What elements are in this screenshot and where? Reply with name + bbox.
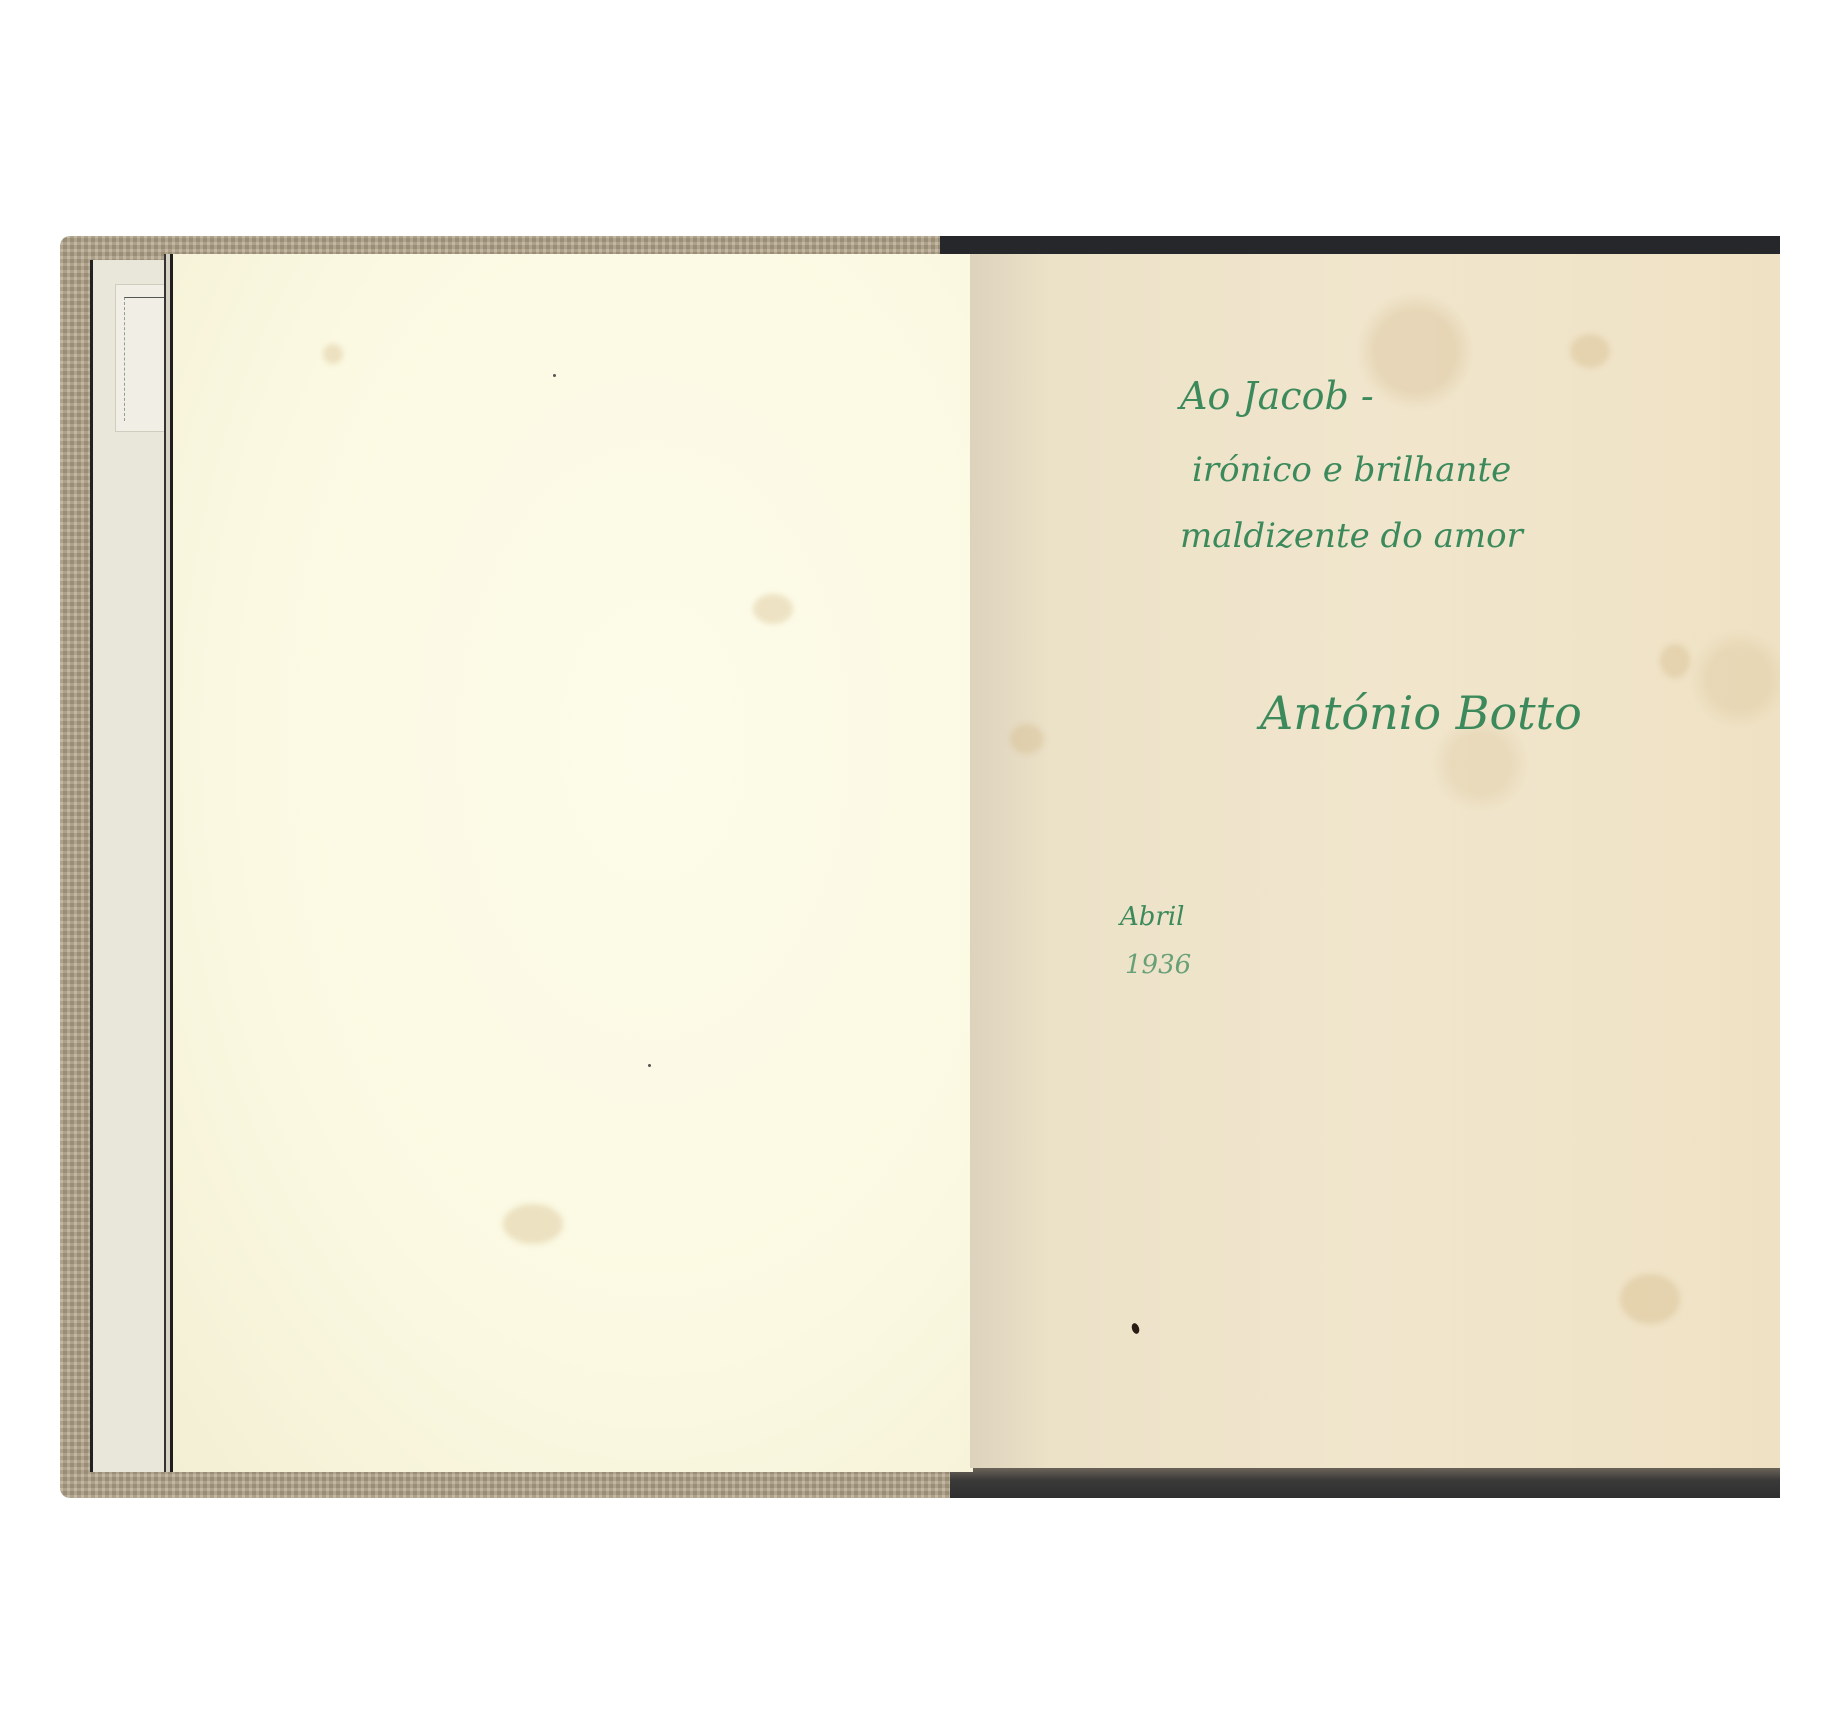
- inscription-line-2: irónico e brilhante: [1192, 450, 1511, 490]
- open-book: E PA 9, R.A Ao Jacob - irónico e brilhan…: [60, 236, 1780, 1498]
- foxing-spot: [503, 1204, 563, 1244]
- ink-blot: [1130, 1322, 1140, 1335]
- foxing-spot: [753, 594, 793, 624]
- right-dedication-page: Ao Jacob - irónico e brilhante maldizent…: [970, 254, 1780, 1468]
- speck: [553, 374, 556, 377]
- left-flyleaf-page: [170, 254, 973, 1472]
- dark-cover-bottom-edge: [950, 1468, 1780, 1498]
- date-month: Abril: [1120, 902, 1184, 932]
- foxing-spot: [323, 344, 343, 364]
- inscription-line-3: maldizente do amor: [1180, 516, 1523, 556]
- inscription-line-1: Ao Jacob -: [1180, 374, 1374, 418]
- foxing-spot: [1660, 644, 1690, 678]
- date-year: 1936: [1125, 950, 1191, 980]
- foxing-spot: [1570, 334, 1610, 368]
- signature: António Botto: [1260, 686, 1582, 740]
- foxing-spot: [1620, 1274, 1680, 1324]
- dark-cover-top-edge: [940, 236, 1780, 254]
- speck: [648, 1064, 651, 1067]
- foxing-spot: [1010, 724, 1044, 754]
